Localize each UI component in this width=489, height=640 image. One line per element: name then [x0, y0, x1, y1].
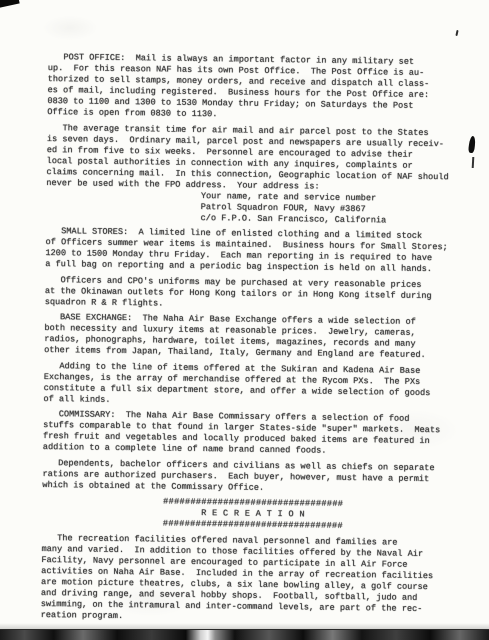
scan-artifact-pen-blot [468, 136, 476, 154]
paragraph-uniforms: Officers and CPO's uniforms may be purch… [45, 274, 467, 313]
paragraph-mail-transit: The average transit time for air mail an… [46, 122, 469, 227]
paragraph-small-stores: SMALL STORES: A limited line of enlisted… [45, 226, 468, 276]
typed-text: POST OFFICE: Mail is always an important… [41, 52, 470, 626]
paragraph-base-exchange: BASE EXCHANGE: The Naha Air Base Exchang… [44, 312, 467, 362]
paragraph-recreation: The recreation facilities offered naval … [41, 532, 464, 626]
scan-artifact-pen-tick [472, 157, 475, 168]
paragraph-px-exchanges: Adding to the line of items offered at t… [43, 360, 466, 410]
scan-artifact-speck [455, 30, 458, 36]
scan-artifact-corner-mark [0, 0, 20, 8]
paragraph-commissary-purchasers: Dependents, bachelor officers and civili… [42, 457, 464, 496]
scan-artifact-bottom-bar [0, 629, 489, 640]
paragraph-post-office: POST OFFICE: Mail is always an important… [47, 52, 470, 124]
paragraph-recreation-header: #################################R E C R… [42, 495, 464, 534]
paragraph-commissary: COMMISSARY: The Naha Air Base Commissary… [43, 409, 466, 459]
scanned-document-page: POST OFFICE: Mail is always an important… [0, 0, 489, 640]
